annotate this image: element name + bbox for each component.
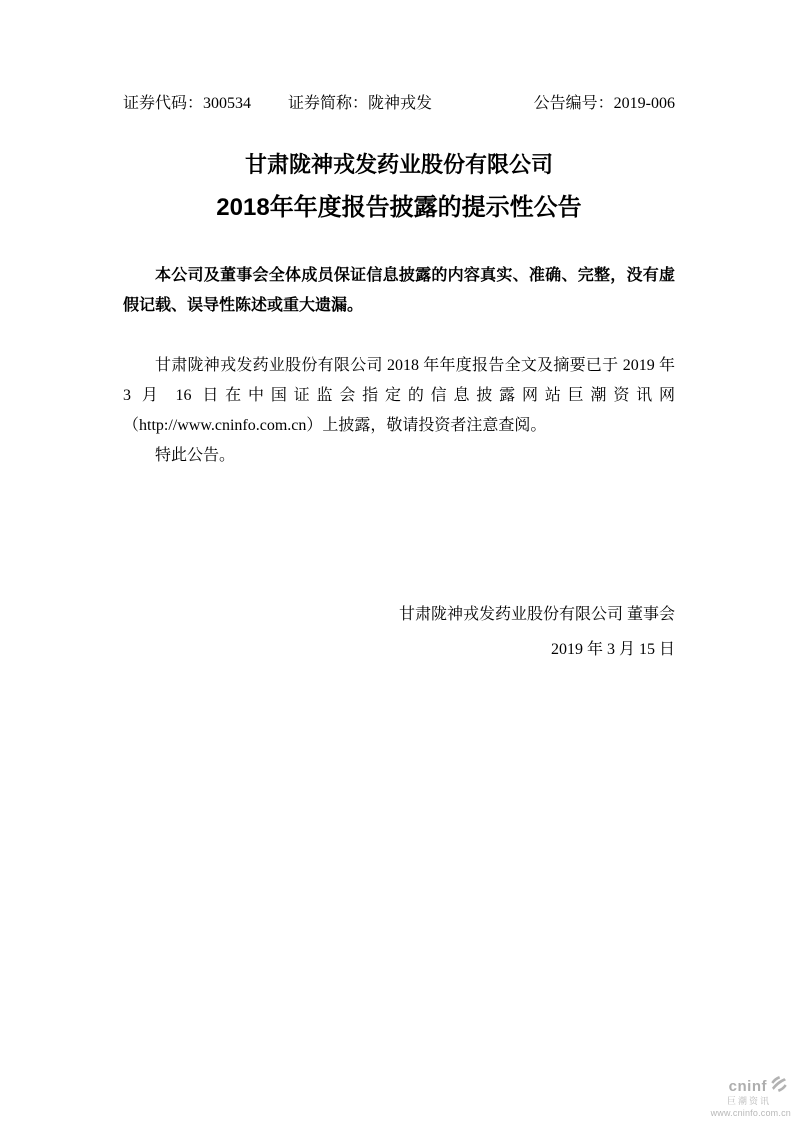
cninfo-url-text: www.cninfo.com.cn <box>703 1109 791 1118</box>
board-statement-paragraph: 本公司及董事会全体成员保证信息披露的内容真实、准确、完整，没有虚 假记载、误导性… <box>123 261 675 321</box>
company-title: 甘肃陇神戎发药业股份有限公司 <box>123 148 675 182</box>
cninfo-swirl-icon <box>768 1074 790 1094</box>
announcement-document-page: 证券代码：300534 证券简称：陇神戎发 公告编号：2019-006 甘肃陇神… <box>0 0 793 1122</box>
body-line: 甘肃陇神戎发药业股份有限公司 2018 年年度报告全文及摘要已于 2019 年 <box>123 351 675 381</box>
statement-line: 假记载、误导性陈述或重大遗漏。 <box>123 291 675 321</box>
statement-line: 本公司及董事会全体成员保证信息披露的内容真实、准确、完整，没有虚 <box>123 261 675 291</box>
cninfo-chinese-name: 巨潮资讯 <box>703 1097 771 1106</box>
signature-block: 甘肃陇神戎发药业股份有限公司 董事会 2019 年 3 月 15 日 <box>123 597 675 667</box>
closing-remark: 特此公告。 <box>123 441 675 471</box>
stock-abbr-text: 证券简称：陇神戎发 <box>288 92 432 116</box>
body-line-url: （http://www.cninfo.com.cn）上披露，敬请投资者注意查阅。 <box>123 411 675 441</box>
announcement-number-text: 公告编号：2019-006 <box>534 92 675 116</box>
signature-date: 2019 年 3 月 15 日 <box>123 632 675 667</box>
cninfo-watermark: cninf 巨潮资讯 www.cninfo.com.cn <box>703 1074 791 1118</box>
report-title: 2018年年度报告披露的提示性公告 <box>123 190 675 226</box>
announcement-body: 甘肃陇神戎发药业股份有限公司 2018 年年度报告全文及摘要已于 2019 年 … <box>123 351 675 471</box>
cninfo-brand-text: cninf <box>729 1080 767 1094</box>
document-header-row: 证券代码：300534 证券简称：陇神戎发 公告编号：2019-006 <box>123 92 675 116</box>
stock-code-text: 证券代码：300534 <box>123 92 251 116</box>
cninfo-brand-row: cninf <box>703 1074 790 1094</box>
signature-company: 甘肃陇神戎发药业股份有限公司 董事会 <box>123 597 675 632</box>
body-line: 3 月 16 日在中国证监会指定的信息披露网站巨潮资讯网 <box>123 381 675 411</box>
